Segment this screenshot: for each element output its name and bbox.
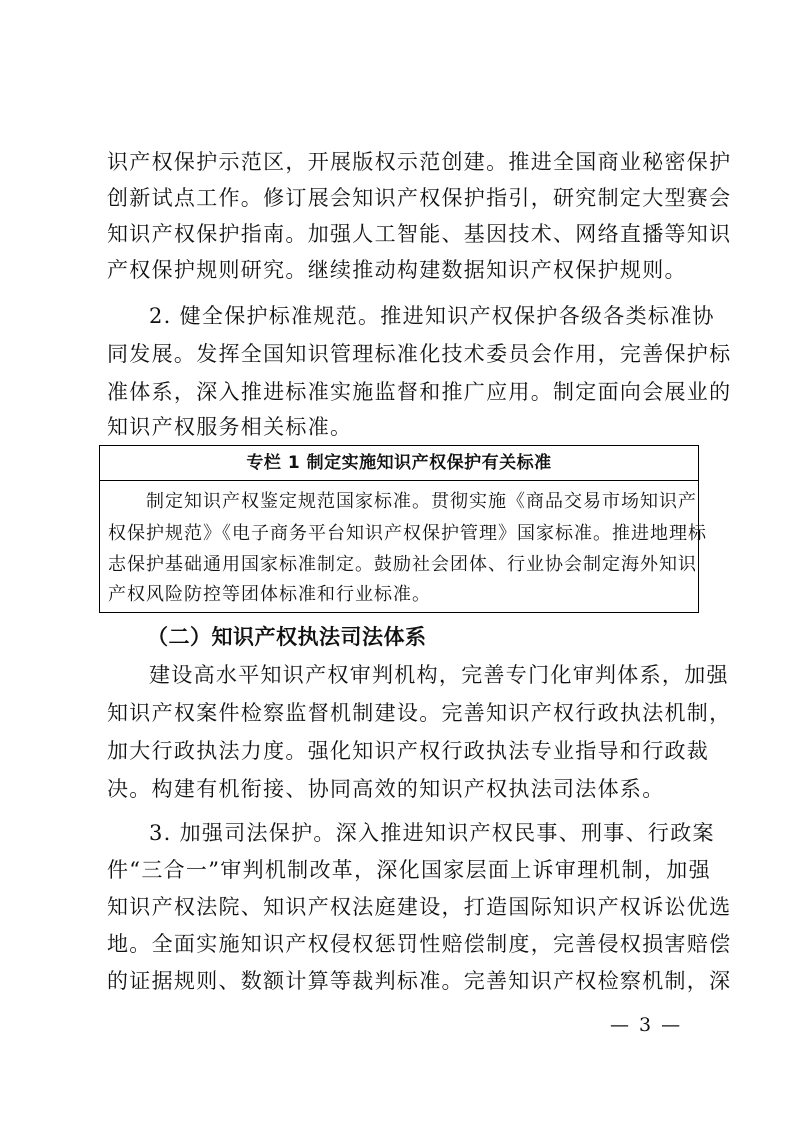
paragraph-line: 决。构建有机衔接、协同高效的知识产权执法司法体系。 — [107, 771, 697, 807]
paragraph-line: 创新试点工作。修订展会知识产权保护指引，研究制定大型赛会 — [107, 180, 697, 216]
box-line: 权保护规范》《电子商务平台知识产权保护管理》国家标准。推进地理标 — [108, 517, 690, 550]
paragraph-line: 产权保护规则研究。继续推动构建数据知识产权保护规则。 — [107, 252, 697, 288]
paragraph-line: 识产权保护示范区，开展版权示范创建。推进全国商业秘密保护 — [107, 144, 697, 180]
paragraph-line: 知识产权服务相关标准。 — [107, 409, 697, 445]
paragraph-line: 加大行政执法力度。强化知识产权行政执法专业指导和行政裁 — [107, 733, 697, 769]
paragraph-line: 同发展。发挥全国知识管理标准化技术委员会作用，完善保护标 — [107, 336, 697, 372]
paragraph-line: 知识产权保护指南。加强人工智能、基因技术、网络直播等知识 — [107, 216, 697, 252]
column-box-title: 专栏 1 制定实施知识产权保护有关标准 — [100, 446, 698, 481]
document-page: 识产权保护示范区，开展版权示范创建。推进全国商业秘密保护 创新试点工作。修订展会… — [0, 0, 794, 1123]
box-line: 志保护基础通用国家标准制定。鼓励社会团体、行业协会制定海外知识 — [108, 548, 690, 581]
paragraph-line: 3. 加强司法保护。深入推进知识产权民事、刑事、行政案 — [107, 815, 697, 851]
section-heading: （二）知识产权执法司法体系 — [147, 619, 427, 655]
paragraph-line: 建设高水平知识产权审判机构，完善专门化审判体系，加强 — [107, 657, 697, 693]
paragraph-line: 知识产权案件检察监督机制建设。完善知识产权行政执法机制， — [107, 695, 697, 731]
paragraph-line: 2. 健全保护标准规范。推进知识产权保护各级各类标准协 — [107, 298, 697, 334]
box-line: 产权风险防控等团体标准和行业标准。 — [108, 578, 690, 611]
paragraph-line: 件“三合一”审判机制改革，深化国家层面上诉审理机制，加强 — [107, 852, 697, 888]
column-box: 专栏 1 制定实施知识产权保护有关标准 制定知识产权鉴定规范国家标准。贯彻实施《… — [99, 445, 699, 613]
paragraph-line: 的证据规则、数额计算等裁判标准。完善知识产权检察机制，深 — [107, 963, 697, 999]
paragraph-line: 地。全面实施知识产权侵权惩罚性赔偿制度，完善侵权损害赔偿 — [107, 926, 697, 962]
box-line: 制定知识产权鉴定规范国家标准。贯彻实施《商品交易市场知识产 — [108, 485, 690, 518]
paragraph-line: 准体系，深入推进标准实施监督和推广应用。制定面向会展业的 — [107, 374, 697, 410]
paragraph-line: 知识产权法院、知识产权法庭建设，打造国际知识产权诉讼优选 — [107, 889, 697, 925]
page-number: — 3 — — [610, 1010, 682, 1040]
